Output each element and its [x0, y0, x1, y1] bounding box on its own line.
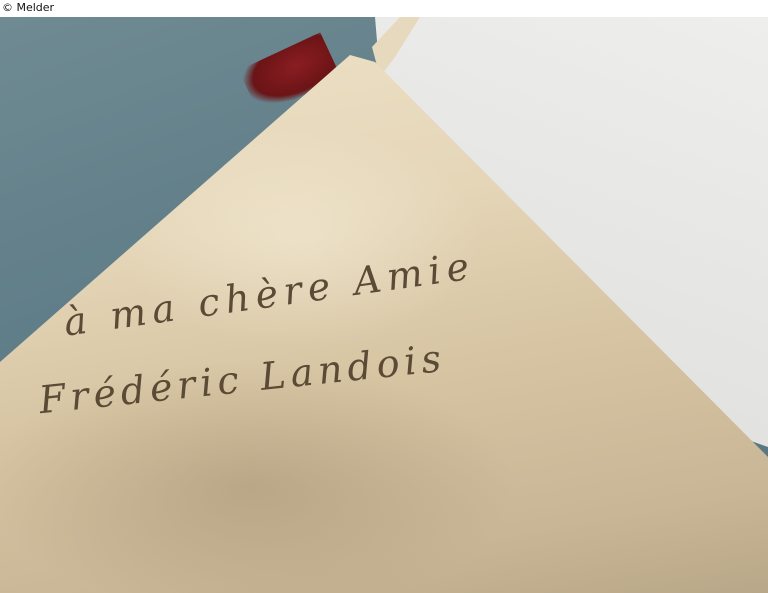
- copyright-caption: © Melder: [0, 0, 768, 17]
- book-photo: à ma chère Amie Frédéric Landois: [0, 17, 768, 593]
